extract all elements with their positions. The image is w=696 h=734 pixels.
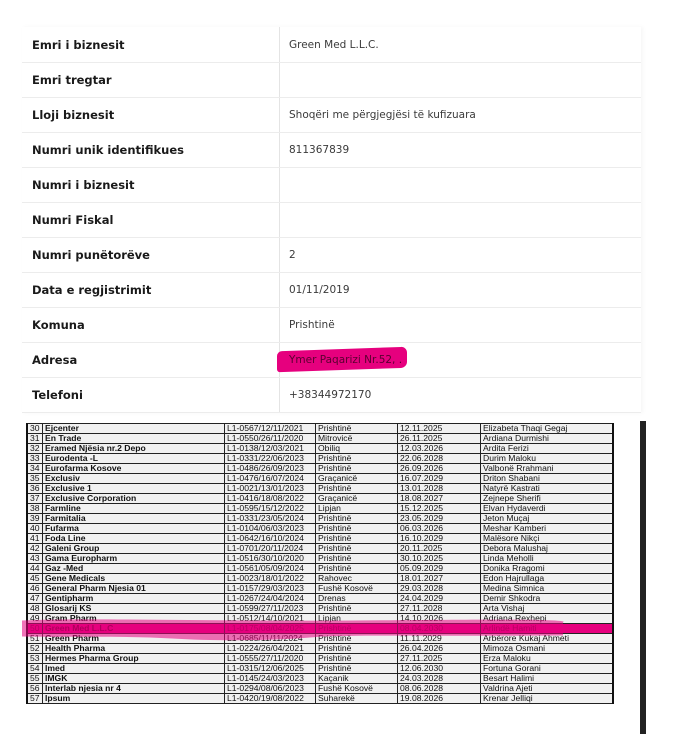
expiry-date: 24.03.2028 <box>398 674 481 684</box>
pharmacist: Elizabeta Thaqi Gegaj <box>481 424 614 434</box>
row-number: 34 <box>27 464 43 474</box>
pharmacist: Valbonë Rrahmani <box>481 464 614 474</box>
license-number: L1-0550/26/11/2020 <box>225 434 316 444</box>
expiry-date: 11.11.2029 <box>398 634 481 644</box>
row-number: 50 <box>27 624 43 634</box>
municipality: Prishtinë <box>316 554 398 564</box>
municipality: Fushë Kosovë <box>316 584 398 594</box>
pharmacy-name: Gama Europharm <box>43 554 225 564</box>
license-number: L1-0701/20/11/2024 <box>225 544 316 554</box>
pharmacist: Zejnepe Sherifi <box>481 494 614 504</box>
row-number: 40 <box>27 524 43 534</box>
expiry-date: 22.06.2028 <box>398 454 481 464</box>
table-row: 48Glosarij KSL1-0599/27/11/2023Prishtinë… <box>27 604 613 614</box>
info-row: KomunaPrishtinë <box>22 308 641 343</box>
pharmacy-name: Gentipharm <box>43 594 225 604</box>
pharmacist: Arlindë Hamiti <box>481 624 614 634</box>
expiry-date: 27.11.2028 <box>398 604 481 614</box>
pharmacy-name: Glosarij KS <box>43 604 225 614</box>
info-label: Lloji biznesit <box>22 98 280 132</box>
table-row: 31En TradeL1-0550/26/11/2020Mitrovicë26.… <box>27 434 613 444</box>
info-row: Numri Fiskal <box>22 203 641 238</box>
table-row: 56Interlab njesia nr 4L1-0294/08/06/2023… <box>27 684 613 694</box>
license-number: L1-0512/14/10/2021 <box>225 614 316 624</box>
pharmacist: Fortuna Gorani <box>481 664 614 674</box>
row-number: 44 <box>27 564 43 574</box>
license-number: L1-0599/27/11/2023 <box>225 604 316 614</box>
table-row: 57IpsumL1-0420/19/08/2022Suharekë19.08.2… <box>27 694 613 704</box>
expiry-date: 16.10.2029 <box>398 534 481 544</box>
info-label: Komuna <box>22 308 280 342</box>
row-number: 52 <box>27 644 43 654</box>
municipality: Prishtinë <box>316 524 398 534</box>
table-row: 52Health PharmaL1-0224/26/04/2021Prishti… <box>27 644 613 654</box>
expiry-date: 16.07.2029 <box>398 474 481 484</box>
pharmacy-name: General Pharm Njesia 01 <box>43 584 225 594</box>
expiry-date: 12.06.2030 <box>398 664 481 674</box>
row-number: 32 <box>27 444 43 454</box>
info-label: Adresa <box>22 343 280 377</box>
expiry-date: 08.04.2030 <box>398 624 481 634</box>
license-number: L1-0267/24/04/2024 <box>225 594 316 604</box>
pharmacist: Meshar Kamberi <box>481 524 614 534</box>
row-number: 42 <box>27 544 43 554</box>
table-row: 30EjcenterL1-0567/12/11/2021Prishtinë12.… <box>27 424 613 434</box>
table-row: 53Hermes Pharma GroupL1-0555/27/11/2020P… <box>27 654 613 664</box>
pharmacist: Donika Rragomi <box>481 564 614 574</box>
pharmacist: Arbërore Kukaj Ahmeti <box>481 634 614 644</box>
municipality: Prishtinë <box>316 654 398 664</box>
pharmacy-name: Galeni Group <box>43 544 225 554</box>
pharmacist: Driton Shabani <box>481 474 614 484</box>
pharmacy-name: Gaz -Med <box>43 564 225 574</box>
license-number: L1-0021/13/01/2023 <box>225 484 316 494</box>
info-row: AdresaYmer Paqarizi Nr.52, . <box>22 343 641 378</box>
row-number: 41 <box>27 534 43 544</box>
table-row: 39FarmitaliaL1-0331/23/05/2024Prishtinë2… <box>27 514 613 524</box>
municipality: Lipjan <box>316 614 398 624</box>
license-number: L1-0685/11/11/2024 <box>225 634 316 644</box>
table-row: 43Gama EuropharmL1-0516/30/10/2020Prisht… <box>27 554 613 564</box>
expiry-date: 13.01.2028 <box>398 484 481 494</box>
row-number: 37 <box>27 494 43 504</box>
license-number: L1-0476/16/07/2024 <box>225 474 316 484</box>
row-number: 30 <box>27 424 43 434</box>
license-number: L1-0561/05/09/2024 <box>225 564 316 574</box>
municipality: Prishtinë <box>316 544 398 554</box>
municipality: Prishtinë <box>316 454 398 464</box>
table-row: 38FarmlineL1-0595/15/12/2022Lipjan15.12.… <box>27 504 613 514</box>
expiry-date: 30.10.2025 <box>398 554 481 564</box>
pharmacist: Ardiana Durmishi <box>481 434 614 444</box>
row-number: 45 <box>27 574 43 584</box>
pharmacy-name: Exclusiv <box>43 474 225 484</box>
license-number: L1-0294/08/06/2023 <box>225 684 316 694</box>
license-table-scan: 30EjcenterL1-0567/12/11/2021Prishtinë12.… <box>22 420 616 734</box>
info-value-text: Prishtinë <box>289 319 335 331</box>
table-row: 35ExclusivL1-0476/16/07/2024Graçanicë16.… <box>27 474 613 484</box>
municipality: Prishtinë <box>316 424 398 434</box>
license-number: L1-0516/30/10/2020 <box>225 554 316 564</box>
pharmacist: Valdrina Ajeti <box>481 684 614 694</box>
pharmacist: Jeton Muçaj <box>481 514 614 524</box>
municipality: Prishtinë <box>316 664 398 674</box>
table-row: 36Exclusive 1L1-0021/13/01/2023Prishtinë… <box>27 484 613 494</box>
info-value-text: 811367839 <box>289 144 349 156</box>
municipality: Mitrovicë <box>316 434 398 444</box>
municipality: Prishtinë <box>316 534 398 544</box>
info-row: Lloji biznesitShoqëri me përgjegjësi të … <box>22 98 641 133</box>
table-row: 33Eurodenta -LL1-0331/22/06/2023Prishtin… <box>27 454 613 464</box>
expiry-date: 24.04.2029 <box>398 594 481 604</box>
info-label: Emri tregtar <box>22 63 280 97</box>
row-number: 49 <box>27 614 43 624</box>
expiry-date: 29.03.2028 <box>398 584 481 594</box>
expiry-date: 20.11.2025 <box>398 544 481 554</box>
pharmacy-name: Ipsum <box>43 694 225 704</box>
pharmacy-name: Imed <box>43 664 225 674</box>
municipality: Lipjan <box>316 504 398 514</box>
info-label: Numri unik identifikues <box>22 133 280 167</box>
expiry-date: 08.06.2028 <box>398 684 481 694</box>
pharmacist: Natyrë Kastrati <box>481 484 614 494</box>
license-number: L1-0315/12/06/2025 <box>225 664 316 674</box>
info-value: Shoqëri me përgjegjësi të kufizuara <box>280 98 641 132</box>
pharmacy-name: Exclusive 1 <box>43 484 225 494</box>
info-label: Numri punëtorëve <box>22 238 280 272</box>
expiry-date: 26.04.2026 <box>398 644 481 654</box>
row-number: 33 <box>27 454 43 464</box>
expiry-date: 26.09.2026 <box>398 464 481 474</box>
table-row: 46General Pharm Njesia 01L1-0157/29/03/2… <box>27 584 613 594</box>
license-number: L1-0175/08/04/2025 <box>225 624 316 634</box>
info-value-text: Green Med L.L.C. <box>289 39 379 51</box>
info-value: +38344972170 <box>280 378 641 412</box>
info-value-text: +38344972170 <box>289 389 371 401</box>
pharmacist: Erza Maloku <box>481 654 614 664</box>
pharmacist: Malësore Nikçi <box>481 534 614 544</box>
municipality: Rahovec <box>316 574 398 584</box>
table-row: 34Eurofarma KosoveL1-0486/26/09/2023Pris… <box>27 464 613 474</box>
pharmacy-name: Eurodenta -L <box>43 454 225 464</box>
pharmacist: Demir Shkodra <box>481 594 614 604</box>
table-row: 47GentipharmL1-0267/24/04/2024Drenas24.0… <box>27 594 613 604</box>
municipality: Prishtinë <box>316 604 398 614</box>
municipality: Graçanicë <box>316 494 398 504</box>
info-label: Data e regjistrimit <box>22 273 280 307</box>
expiry-date: 18.01.2027 <box>398 574 481 584</box>
info-value <box>280 168 641 202</box>
expiry-date: 12.03.2026 <box>398 444 481 454</box>
business-info-card: Emri i biznesitGreen Med L.L.C.Emri treg… <box>22 27 641 413</box>
info-value: 2 <box>280 238 641 272</box>
scrollbar[interactable] <box>640 421 646 734</box>
pharmacist: Medina Simnica <box>481 584 614 594</box>
municipality: Fushë Kosovë <box>316 684 398 694</box>
expiry-date: 23.05.2029 <box>398 514 481 524</box>
municipality: Prishtinë <box>316 634 398 644</box>
pharmacy-name: Interlab njesia nr 4 <box>43 684 225 694</box>
pharmacist: Mimoza Osmani <box>481 644 614 654</box>
info-label: Emri i biznesit <box>22 27 280 62</box>
info-row: Data e regjistrimit01/11/2019 <box>22 273 641 308</box>
expiry-date: 18.08.2027 <box>398 494 481 504</box>
municipality: Graçanicë <box>316 474 398 484</box>
info-row: Emri tregtar <box>22 63 641 98</box>
license-number: L1-0023/18/01/2022 <box>225 574 316 584</box>
table-row: 51Green PharmL1-0685/11/11/2024Prishtinë… <box>27 634 613 644</box>
row-number: 48 <box>27 604 43 614</box>
pharmacist: Elvan Hydaverdi <box>481 504 614 514</box>
row-number: 36 <box>27 484 43 494</box>
pharmacy-name: Hermes Pharma Group <box>43 654 225 664</box>
pharmacy-name: Green Med L.L.C <box>43 624 225 634</box>
expiry-date: 19.08.2026 <box>398 694 481 704</box>
pharmacy-name: Gram Pharm <box>43 614 225 624</box>
pharmacy-name: Exclusive Corporation <box>43 494 225 504</box>
pharmacist: Ardita Ferizi <box>481 444 614 454</box>
license-number: L1-0145/24/03/2023 <box>225 674 316 684</box>
row-number: 38 <box>27 504 43 514</box>
license-number: L1-0331/22/06/2023 <box>225 454 316 464</box>
row-number: 39 <box>27 514 43 524</box>
info-row: Numri unik identifikues811367839 <box>22 133 641 168</box>
highlighted-address: Ymer Paqarizi Nr.52, . <box>289 354 402 366</box>
table-row: 54ImedL1-0315/12/06/2025Prishtinë12.06.2… <box>27 664 613 674</box>
pharmacy-name: Eurofarma Kosove <box>43 464 225 474</box>
pharmacist: Besart Halimi <box>481 674 614 684</box>
info-row: Emri i biznesitGreen Med L.L.C. <box>22 27 641 63</box>
expiry-date: 06.03.2026 <box>398 524 481 534</box>
info-value: Ymer Paqarizi Nr.52, . <box>280 343 641 377</box>
info-value-text: Shoqëri me përgjegjësi të kufizuara <box>289 109 476 121</box>
municipality: Drenas <box>316 594 398 604</box>
info-value-text: 2 <box>289 249 296 261</box>
table-row: 42Galeni GroupL1-0701/20/11/2024Prishtin… <box>27 544 613 554</box>
row-number: 56 <box>27 684 43 694</box>
row-number: 54 <box>27 664 43 674</box>
row-number: 55 <box>27 674 43 684</box>
info-row: Numri i biznesit <box>22 168 641 203</box>
table-row: 50Green Med L.L.CL1-0175/08/04/2025Prish… <box>27 624 613 634</box>
table-row: 40FufarmaL1-0104/06/03/2023Prishtinë06.0… <box>27 524 613 534</box>
pharmacy-name: Gene Medicals <box>43 574 225 584</box>
row-number: 57 <box>27 694 43 704</box>
municipality: Prishtinë <box>316 564 398 574</box>
pharmacy-name: Foda Line <box>43 534 225 544</box>
municipality: Obiliq <box>316 444 398 454</box>
expiry-date: 15.12.2025 <box>398 504 481 514</box>
table-row: 44Gaz -MedL1-0561/05/09/2024Prishtinë05.… <box>27 564 613 574</box>
pharmacist: Adriana Rexhepi <box>481 614 614 624</box>
municipality: Prishtinë <box>316 514 398 524</box>
license-number: L1-0224/26/04/2021 <box>225 644 316 654</box>
pharmacy-name: IMGK <box>43 674 225 684</box>
license-table: 30EjcenterL1-0567/12/11/2021Prishtinë12.… <box>26 423 614 704</box>
license-number: L1-0416/18/08/2022 <box>225 494 316 504</box>
table-row: 32Eramed Njësia nr.2 DepoL1-0138/12/03/2… <box>27 444 613 454</box>
info-value: Prishtinë <box>280 308 641 342</box>
info-value <box>280 203 641 237</box>
municipality: Prishtinë <box>316 484 398 494</box>
pharmacy-name: Eramed Njësia nr.2 Depo <box>43 444 225 454</box>
row-number: 53 <box>27 654 43 664</box>
pharmacy-name: Ejcenter <box>43 424 225 434</box>
info-value-text: 01/11/2019 <box>289 284 350 296</box>
expiry-date: 12.11.2025 <box>398 424 481 434</box>
municipality: Prishtinë <box>316 464 398 474</box>
table-row: 41Foda LineL1-0642/16/10/2024Prishtinë16… <box>27 534 613 544</box>
table-row: 45Gene MedicalsL1-0023/18/01/2022Rahovec… <box>27 574 613 584</box>
municipality: Suharekë <box>316 694 398 704</box>
info-value: 01/11/2019 <box>280 273 641 307</box>
table-row: 55IMGKL1-0145/24/03/2023Kaçanik24.03.202… <box>27 674 613 684</box>
license-number: L1-0138/12/03/2021 <box>225 444 316 454</box>
license-number: L1-0642/16/10/2024 <box>225 534 316 544</box>
info-value: Green Med L.L.C. <box>280 27 641 62</box>
pharmacist: Krenar Jelliqi <box>481 694 614 704</box>
pharmacist: Edon Hajrullaga <box>481 574 614 584</box>
license-number: L1-0331/23/05/2024 <box>225 514 316 524</box>
license-number: L1-0420/19/08/2022 <box>225 694 316 704</box>
expiry-date: 05.09.2029 <box>398 564 481 574</box>
pharmacy-name: Fufarma <box>43 524 225 534</box>
pharmacist: Arta Vishaj <box>481 604 614 614</box>
info-row: Numri punëtorëve2 <box>22 238 641 273</box>
pharmacy-name: Green Pharm <box>43 634 225 644</box>
pharmacist: Debora Malushaj <box>481 544 614 554</box>
row-number: 51 <box>27 634 43 644</box>
table-row: 49Gram PharmL1-0512/14/10/2021Lipjan14.1… <box>27 614 613 624</box>
pharmacy-name: Health Pharma <box>43 644 225 654</box>
license-number: L1-0104/06/03/2023 <box>225 524 316 534</box>
row-number: 35 <box>27 474 43 484</box>
info-row: Telefoni+38344972170 <box>22 378 641 413</box>
pharmacy-name: Farmline <box>43 504 225 514</box>
info-label: Telefoni <box>22 378 280 412</box>
license-number: L1-0555/27/11/2020 <box>225 654 316 664</box>
expiry-date: 14.10.2026 <box>398 614 481 624</box>
row-number: 31 <box>27 434 43 444</box>
pharmacist: Durim Maloku <box>481 454 614 464</box>
info-value: 811367839 <box>280 133 641 167</box>
expiry-date: 26.11.2025 <box>398 434 481 444</box>
license-number: L1-0567/12/11/2021 <box>225 424 316 434</box>
pharmacist: Linda Meholli <box>481 554 614 564</box>
info-value <box>280 63 641 97</box>
expiry-date: 27.11.2025 <box>398 654 481 664</box>
license-number: L1-0486/26/09/2023 <box>225 464 316 474</box>
row-number: 46 <box>27 584 43 594</box>
info-label: Numri Fiskal <box>22 203 280 237</box>
pharmacy-name: Farmitalia <box>43 514 225 524</box>
license-number: L1-0157/29/03/2023 <box>225 584 316 594</box>
license-number: L1-0595/15/12/2022 <box>225 504 316 514</box>
row-number: 47 <box>27 594 43 604</box>
municipality: Kaçanik <box>316 674 398 684</box>
info-label: Numri i biznesit <box>22 168 280 202</box>
row-number: 43 <box>27 554 43 564</box>
municipality: Prishtinë <box>316 624 398 634</box>
municipality: Prishtinë <box>316 644 398 654</box>
pharmacy-name: En Trade <box>43 434 225 444</box>
table-row: 37Exclusive CorporationL1-0416/18/08/202… <box>27 494 613 504</box>
